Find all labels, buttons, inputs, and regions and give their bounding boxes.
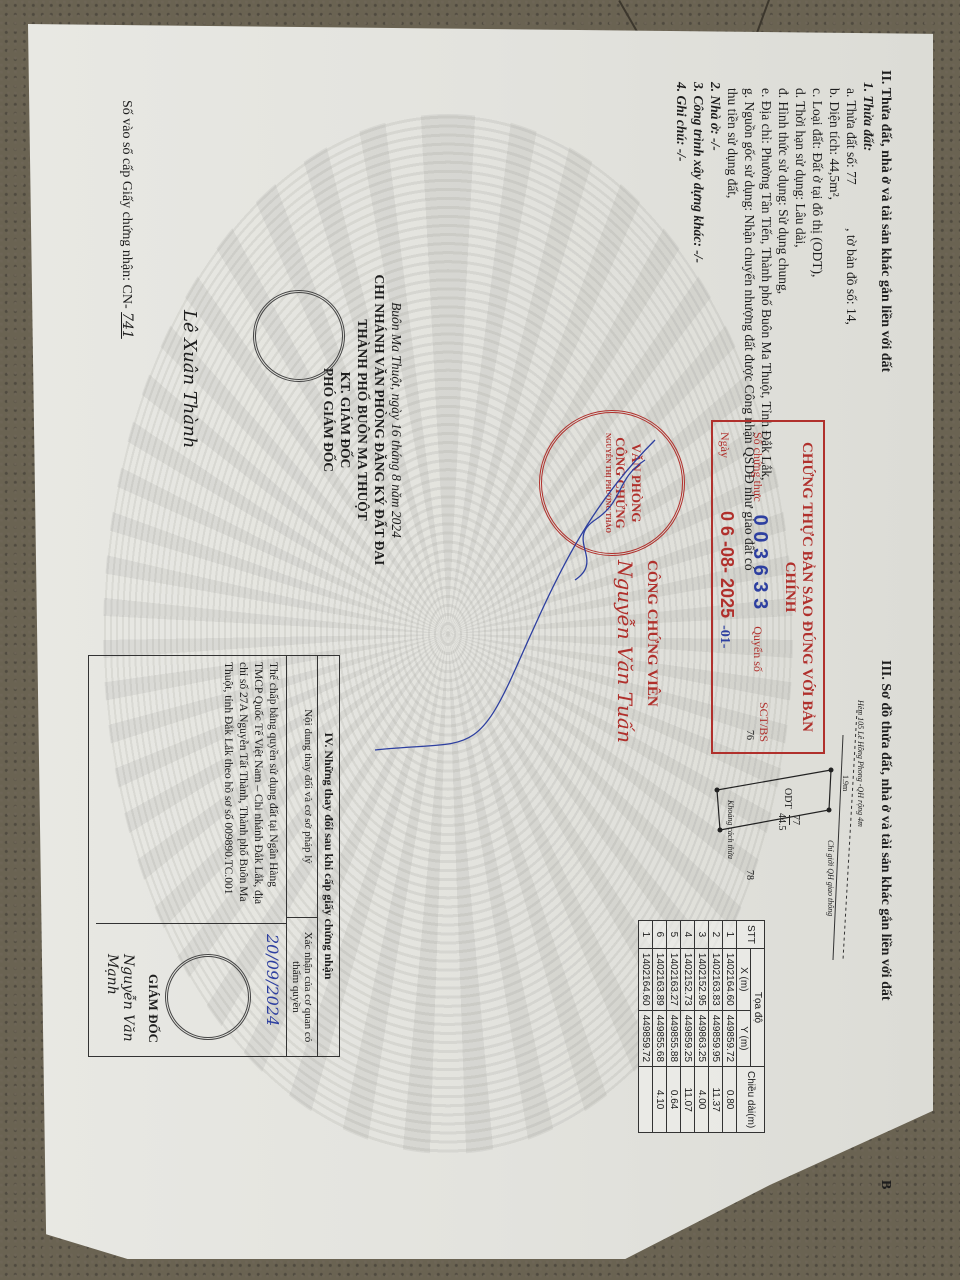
coordinate-row: 11402164.60449859.72 (639, 921, 653, 1133)
coordinate-row: 51402163.27449855.880.64 (667, 921, 681, 1133)
coord-cell-len: 11.37 (709, 1067, 723, 1133)
coord-cell-stt: 2 (709, 921, 723, 949)
coord-cell-x: 1402152.73 (681, 948, 695, 1010)
coord-cell-stt: 3 (695, 921, 709, 949)
coord-cell-x: 1402163.89 (653, 948, 667, 1010)
signer-name: Lê Xuân Thành (179, 310, 200, 448)
certificate-content: II. Thửa đất, nhà ở và tài sản khác gắn … (85, 40, 905, 1200)
coord-cell-y: 449855.88 (667, 1010, 681, 1066)
register-number: Số vào sổ cấp Giấy chứng nhận: CN- 741 (118, 100, 135, 339)
section-iv-table: IV. Những thay đổi sau khi cấp giấy chứn… (88, 655, 340, 1057)
coord-cell-len: 0.64 (667, 1067, 681, 1133)
street-label: Hẻm 105 Lê Hồng Phong -QH rộng 4m (856, 700, 865, 827)
stamp-book-suffix: SCT/BS (756, 702, 771, 742)
col-change-content: Nội dung thay đổi và cơ sở pháp lý (287, 656, 317, 918)
setback-label: 1.9m (841, 775, 850, 791)
col-y: Y (m) (737, 1010, 751, 1066)
coord-cell-stt: 1 (639, 921, 653, 949)
coordinate-table: STT Tọa độ Chiều dài(m) X (m) Y (m) 1140… (638, 920, 765, 1133)
coord-cell-y: 449859.72 (639, 1010, 653, 1066)
coord-cell-y: 449859.25 (681, 1010, 695, 1066)
coordinate-row: 21402163.83449859.9511.37 (709, 921, 723, 1133)
notes-item: 4. Ghi chú: -/- (673, 82, 690, 630)
area: b. Diện tích: 44,5m², (826, 88, 843, 630)
col-coords: Tọa độ (751, 948, 765, 1066)
stamp-date-label: Ngày (718, 432, 732, 458)
coord-cell-len: 0.80 (723, 1067, 737, 1133)
coord-cell-x: 1402164.60 (723, 948, 737, 1010)
boundary-label: Chỉ giới QH giao thông (826, 840, 835, 916)
coord-cell-stt: 4 (681, 921, 695, 949)
north-arrow-label: B (877, 1180, 893, 1189)
coord-cell-y: 449863.25 (695, 1010, 709, 1066)
stamp-number-label: Số chứng thực (751, 432, 765, 502)
neighbor-right: 78 (744, 870, 755, 880)
coord-cell-y: 449859.72 (723, 1010, 737, 1066)
stamp-date-value: 0 6 -08- 2025 (717, 511, 737, 618)
stamp-book-value: -01- (717, 625, 732, 648)
coordinate-row: 61402163.89449855.684.10 (653, 921, 667, 1133)
coord-cell-stt: 1 (723, 921, 737, 949)
coordinate-row: 11402164.60449859.720.80 (723, 921, 737, 1133)
coord-cell-y: 449855.68 (653, 1010, 667, 1066)
col-x: X (m) (737, 948, 751, 1010)
col-stt: STT (737, 921, 765, 949)
section-iii-title: III. Sơ đồ thửa đất, nhà ở và tài sản kh… (877, 660, 893, 1001)
section-ii-title: II. Thửa đất, nhà ở và tài sản khác gắn … (877, 70, 893, 630)
coord-cell-y: 449859.95 (709, 1010, 723, 1066)
coord-cell-len (639, 1067, 653, 1133)
notary-signature (365, 420, 665, 760)
road-label: Khoảng cách thửa (726, 800, 735, 859)
entry-date: 20/09/2024 (263, 934, 282, 1026)
other-works-item: 3. Công trình xây dựng khác: -/- (690, 82, 707, 630)
coord-cell-x: 1402163.83 (709, 948, 723, 1010)
plot-area: 44.5 (776, 813, 787, 831)
coord-cell-len: 4.00 (695, 1067, 709, 1133)
coord-cell-x: 1402164.60 (639, 948, 653, 1010)
coord-cell-len: 4.10 (653, 1067, 667, 1133)
plot-code: ODT (782, 788, 793, 809)
col-authority-confirm: Xác nhận của cơ quan có thẩm quyền (287, 918, 317, 1056)
section-iv-title: IV. Những thay đổi sau khi cấp giấy chứn… (317, 656, 339, 1056)
coordinate-row: 31402152.95449863.254.00 (695, 921, 709, 1133)
col-length: Chiều dài(m) (737, 1067, 765, 1133)
stamp-number-value: 0 0 3 6 3 3 (749, 515, 771, 610)
stamp-title: CHỨNG THỰC BẢN SAO ĐÚNG VỚI BẢN CHÍNH (781, 422, 815, 752)
authority-role: GIÁM ĐỐC (145, 974, 161, 1043)
sub1-title: 1. Thửa đất: (860, 82, 877, 630)
parcel-number: a. Thửa đất số: 77 (844, 88, 859, 185)
register-number-value: 741 (119, 312, 135, 339)
plot-number: 77 (789, 815, 801, 825)
authority-seal (165, 954, 251, 1040)
coord-cell-stt: 6 (653, 921, 667, 949)
authority-signer: Nguyễn Văn Mạnh (104, 954, 136, 1056)
stamp-book-label: Quyển số (751, 626, 765, 672)
coord-cell-len: 11.07 (681, 1067, 695, 1133)
coord-cell-stt: 5 (667, 921, 681, 949)
land-office-seal (253, 290, 345, 382)
coord-cell-x: 1402163.27 (667, 948, 681, 1010)
street-centerline (843, 710, 857, 960)
coord-cell-x: 1402152.95 (695, 948, 709, 1010)
authority-confirmation: 20/09/2024 GIÁM ĐỐC Nguyễn Văn Mạnh (96, 924, 286, 1056)
notary-certification-stamp: CHỨNG THỰC BẢN SAO ĐÚNG VỚI BẢN CHÍNH Số… (711, 420, 825, 754)
coordinate-row: 41402152.73449859.2511.07 (681, 921, 695, 1133)
change-entry: Thế chấp bằng quyền sử dụng đất tại Ngân… (96, 656, 286, 924)
map-sheet-number: , tờ bản đồ số: 14, (844, 228, 859, 325)
